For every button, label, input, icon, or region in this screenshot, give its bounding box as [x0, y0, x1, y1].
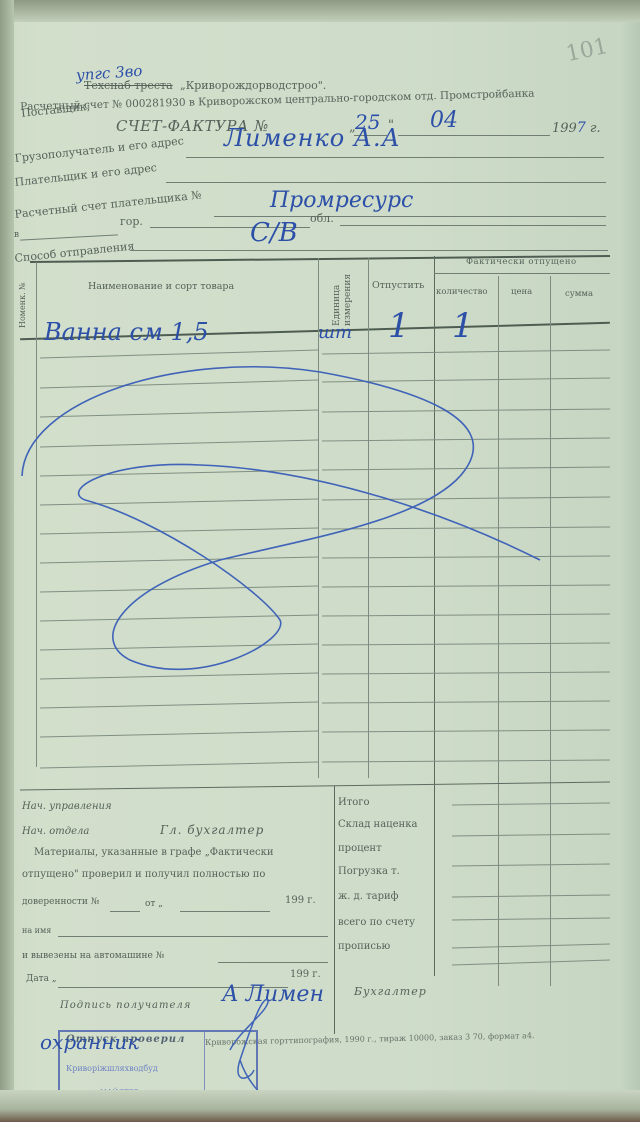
binder-bottom [0, 1090, 640, 1122]
invoice-page: 101 упгс 3во Поставщик; Техснаб треста „… [0, 0, 640, 1122]
signature-strokes [0, 0, 640, 1122]
